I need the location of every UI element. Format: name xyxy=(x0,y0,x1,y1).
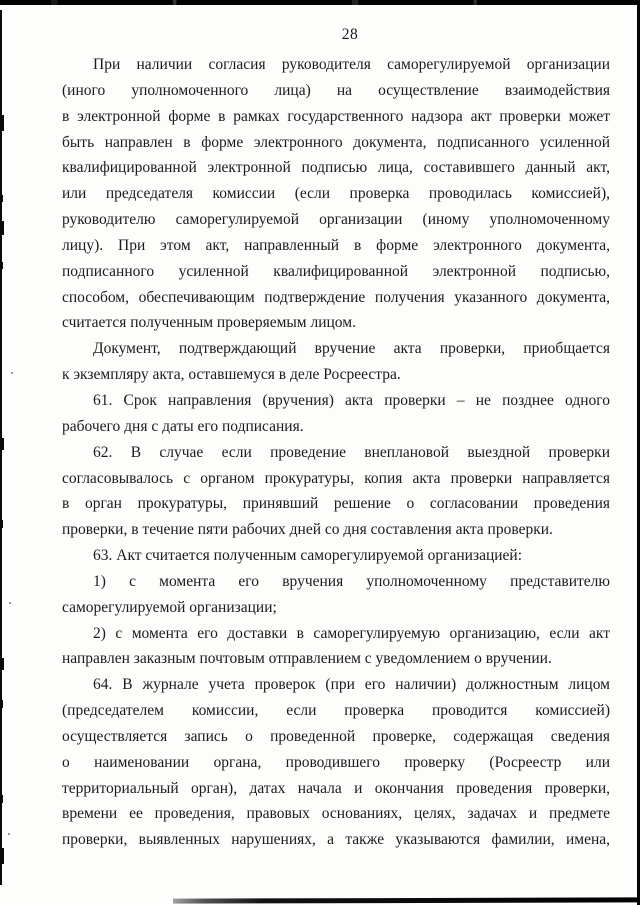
text-line: 62. В случае если проведение внеплановой… xyxy=(62,440,610,466)
text-line: При наличии согласия руководителя саморе… xyxy=(62,52,610,78)
text-line: 63. Акт считается полученным саморегулир… xyxy=(62,543,610,569)
text-line: руководителю саморегулируемой организаци… xyxy=(62,207,610,233)
text-line: рабочего дня с даты его подписания. xyxy=(62,414,610,440)
scan-speck xyxy=(8,833,10,835)
text-line: о наименовании органа, проводившего пров… xyxy=(62,750,610,776)
text-line: проверки, в течение пяти рабочих дней со… xyxy=(62,517,610,543)
text-line: саморегулируемой организации; xyxy=(62,595,610,621)
text-line: 2) с момента его доставки в саморегулиру… xyxy=(62,621,610,647)
scan-artifact-left-mark xyxy=(0,795,3,803)
text-line: в орган прокуратуры, принявший решение о… xyxy=(62,491,610,517)
text-line: квалифицированной электронной подписью л… xyxy=(62,155,610,181)
scan-artifact-left-mark xyxy=(0,700,3,708)
text-line: 64. В журнале учета проверок (при его на… xyxy=(62,672,610,698)
document-body: При наличии согласия руководителя саморе… xyxy=(62,52,610,853)
scan-artifact-left-mark xyxy=(0,520,3,528)
scan-artifact-top-edge xyxy=(0,0,640,5)
scan-artifact-left-mark xyxy=(0,115,4,131)
text-line: к экземпляру акта, оставшемуся в деле Ро… xyxy=(62,362,610,388)
text-line: в электронной форме в рамках государстве… xyxy=(62,104,610,130)
text-line: считается полученным проверяемым лицом. xyxy=(62,310,610,336)
scan-artifact-left-mark xyxy=(0,438,4,450)
text-line: способом, обеспечивающим подтверждение п… xyxy=(62,285,610,311)
text-line: быть направлен в форме электронного доку… xyxy=(62,130,610,156)
text-line: согласовывалось с органом прокуратуры, к… xyxy=(62,466,610,492)
scan-artifact-left-mark xyxy=(0,848,4,864)
scan-artifact-left-mark xyxy=(0,221,4,235)
scan-artifact-left-mark xyxy=(0,195,3,202)
text-line: подписанного усиленной квалифицированной… xyxy=(62,259,610,285)
text-line: направлен заказным почтовым отправлением… xyxy=(62,646,610,672)
text-line: (иного уполномоченного лица) на осуществ… xyxy=(62,78,610,104)
scan-artifact-bottom-edge xyxy=(173,897,640,903)
text-line: проверки, выявленных нарушениях, а также… xyxy=(62,827,610,853)
scan-artifact-left-mark xyxy=(0,262,3,269)
text-line: 1) с момента его вручения уполномоченном… xyxy=(62,569,610,595)
text-line: осуществляется запись о проведенной пров… xyxy=(62,724,610,750)
text-line: 61. Срок направления (вручения) акта про… xyxy=(62,388,610,414)
text-line: времени ее проведения, правовых основани… xyxy=(62,801,610,827)
scanned-document-page: 28 При наличии согласия руководителя сам… xyxy=(0,0,640,905)
scan-artifact-left-mark xyxy=(0,658,4,670)
text-line: территориальный орган), датах начала и о… xyxy=(62,776,610,802)
text-line: (председателем комиссии, если проверка п… xyxy=(62,698,610,724)
scan-speck xyxy=(9,602,11,604)
scan-speck xyxy=(11,372,13,374)
text-line: лицу). При этом акт, направленный в форм… xyxy=(62,233,610,259)
text-line: или председателя комиссии (если проверка… xyxy=(62,181,610,207)
page-number: 28 xyxy=(30,26,640,44)
text-line: Документ, подтверждающий вручение акта п… xyxy=(62,336,610,362)
